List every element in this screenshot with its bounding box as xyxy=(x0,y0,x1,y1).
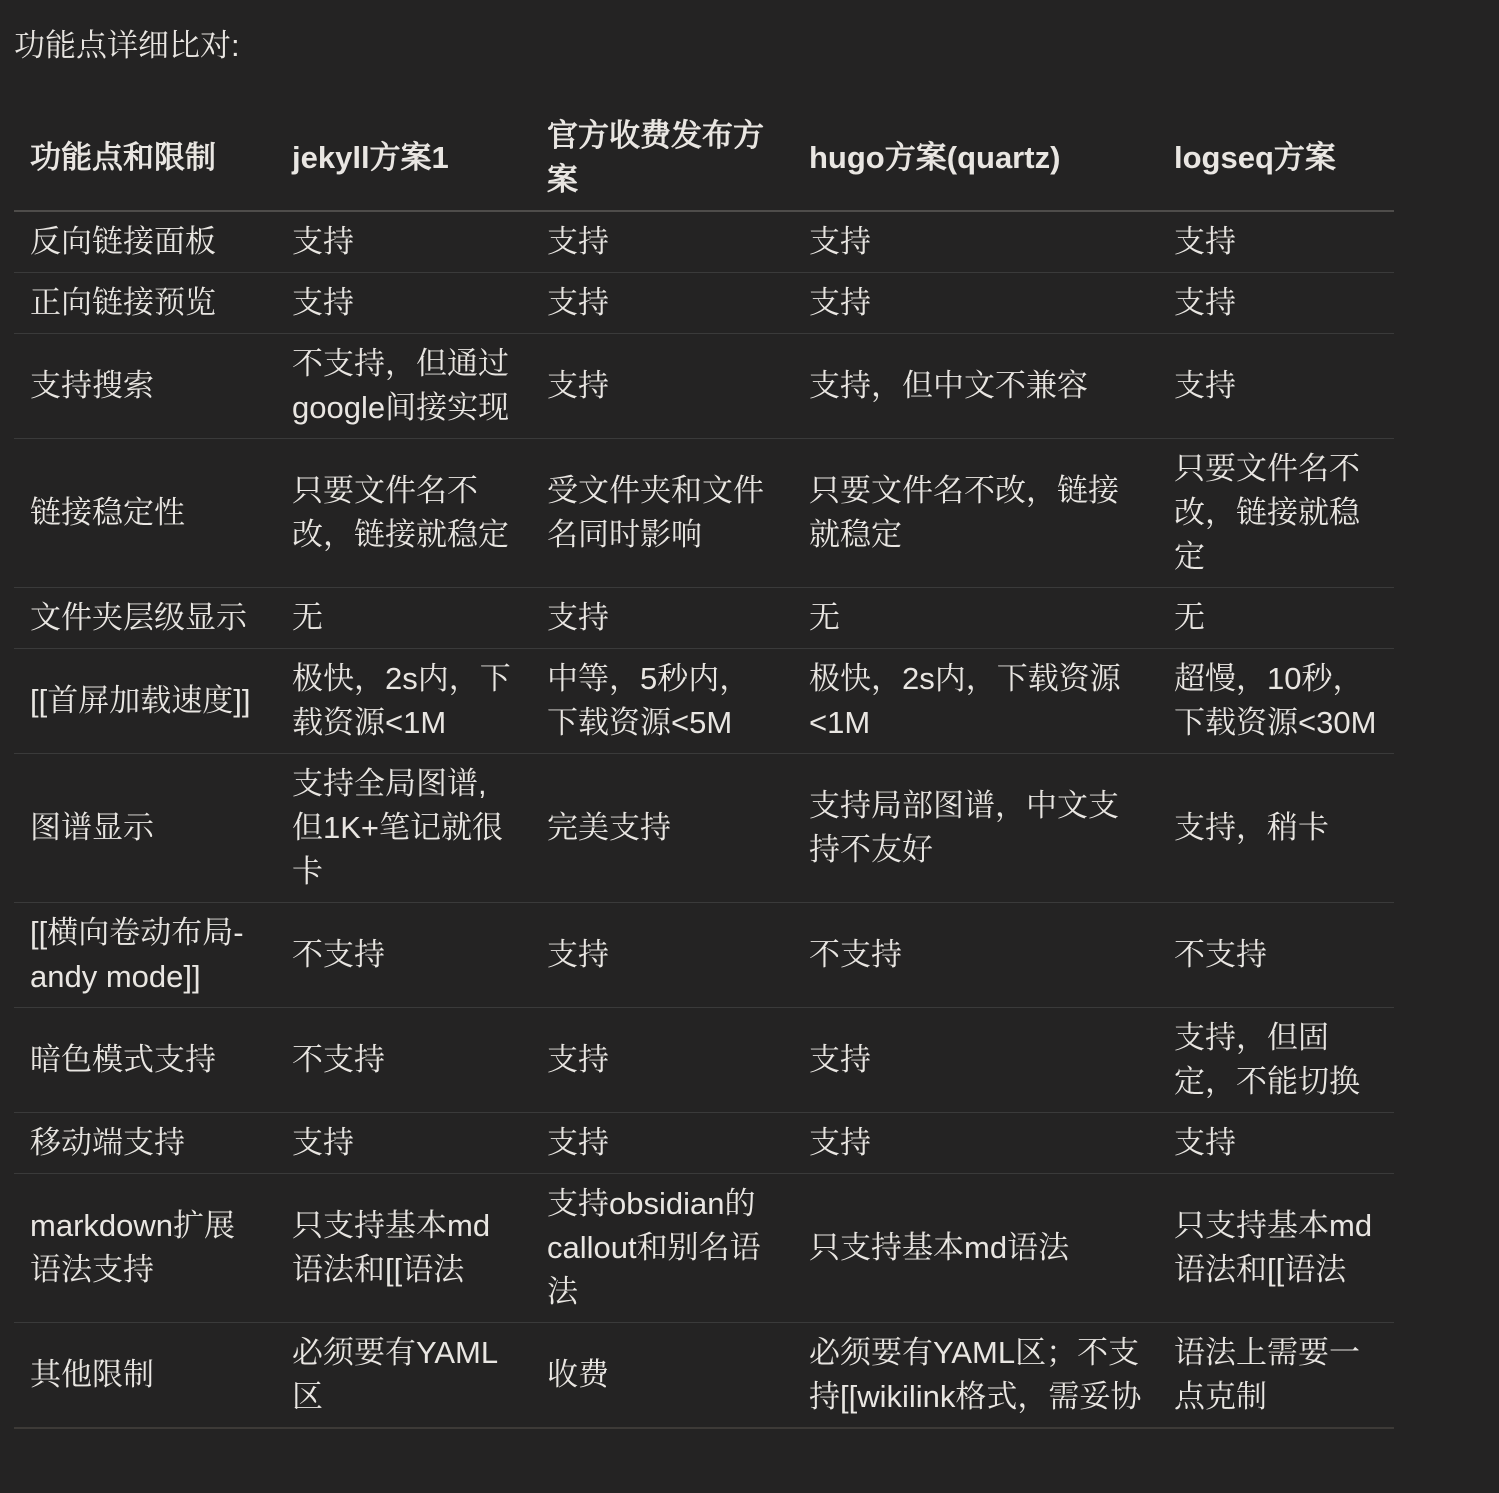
value-cell: 只支持基本md语法 xyxy=(793,1174,1158,1323)
value-cell: 语法上需要一点克制 xyxy=(1158,1323,1394,1429)
table-row: markdown扩展语法支持只支持基本md语法和[[语法支持obsidian的c… xyxy=(14,1174,1394,1323)
column-header: hugo方案(quartz) xyxy=(793,106,1158,211)
feature-cell: 其他限制 xyxy=(14,1323,276,1429)
table-row: 正向链接预览支持支持支持支持 xyxy=(14,273,1394,334)
table-row: [[首屏加载速度]]极快，2s内，下载资源<1M中等，5秒内，下载资源<5M极快… xyxy=(14,649,1394,754)
value-cell: 支持 xyxy=(276,1113,531,1174)
value-cell: 不支持 xyxy=(793,903,1158,1008)
value-cell: 只要文件名不改，链接就稳定 xyxy=(276,439,531,588)
table-row: 其他限制必须要有YAML区收费必须要有YAML区；不支持[[wikilink格式… xyxy=(14,1323,1394,1429)
value-cell: 支持，稍卡 xyxy=(1158,754,1394,903)
value-cell: 支持 xyxy=(793,273,1158,334)
feature-cell: 移动端支持 xyxy=(14,1113,276,1174)
table-head: 功能点和限制jekyll方案1官方收费发布方案hugo方案(quartz)log… xyxy=(14,106,1394,211)
comparison-table: 功能点和限制jekyll方案1官方收费发布方案hugo方案(quartz)log… xyxy=(14,106,1394,1429)
value-cell: 支持 xyxy=(531,273,793,334)
value-cell: 支持，但固定，不能切换 xyxy=(1158,1008,1394,1113)
table-row: 图谱显示支持全局图谱,但1K+笔记就很卡完美支持支持局部图谱，中文支持不友好支持… xyxy=(14,754,1394,903)
value-cell: 支持 xyxy=(531,903,793,1008)
feature-cell: 暗色模式支持 xyxy=(14,1008,276,1113)
value-cell: 中等，5秒内，下载资源<5M xyxy=(531,649,793,754)
table-header-row: 功能点和限制jekyll方案1官方收费发布方案hugo方案(quartz)log… xyxy=(14,106,1394,211)
value-cell: 支持 xyxy=(793,1113,1158,1174)
table-row: 反向链接面板支持支持支持支持 xyxy=(14,211,1394,273)
table-row: 链接稳定性只要文件名不改，链接就稳定受文件夹和文件名同时影响只要文件名不改，链接… xyxy=(14,439,1394,588)
value-cell: 不支持 xyxy=(276,1008,531,1113)
feature-cell: [[横向卷动布局-andy mode]] xyxy=(14,903,276,1008)
value-cell: 支持 xyxy=(1158,334,1394,439)
value-cell: 支持，但中文不兼容 xyxy=(793,334,1158,439)
feature-cell: 图谱显示 xyxy=(14,754,276,903)
table-row: [[横向卷动布局-andy mode]]不支持支持不支持不支持 xyxy=(14,903,1394,1008)
value-cell: 支持 xyxy=(276,273,531,334)
table-row: 文件夹层级显示无支持无无 xyxy=(14,588,1394,649)
value-cell: 超慢，10秒，下载资源<30M xyxy=(1158,649,1394,754)
value-cell: 完美支持 xyxy=(531,754,793,903)
value-cell: 支持局部图谱，中文支持不友好 xyxy=(793,754,1158,903)
value-cell: 支持 xyxy=(276,211,531,273)
feature-cell: 链接稳定性 xyxy=(14,439,276,588)
feature-cell: [[首屏加载速度]] xyxy=(14,649,276,754)
value-cell: 支持 xyxy=(531,1008,793,1113)
value-cell: 必须要有YAML区；不支持[[wikilink格式，需妥协 xyxy=(793,1323,1158,1429)
value-cell: 不支持 xyxy=(276,903,531,1008)
feature-cell: 反向链接面板 xyxy=(14,211,276,273)
value-cell: 支持 xyxy=(793,211,1158,273)
table-row: 支持搜索不支持，但通过google间接实现支持支持，但中文不兼容支持 xyxy=(14,334,1394,439)
page-title: 功能点详细比对: xyxy=(14,25,1499,67)
value-cell: 支持 xyxy=(531,211,793,273)
table-body: 反向链接面板支持支持支持支持正向链接预览支持支持支持支持支持搜索不支持，但通过g… xyxy=(14,211,1394,1428)
value-cell: 极快，2s内，下载资源<1M xyxy=(276,649,531,754)
value-cell: 极快，2s内，下载资源<1M xyxy=(793,649,1158,754)
value-cell: 只要文件名不改，链接就稳定 xyxy=(1158,439,1394,588)
value-cell: 无 xyxy=(793,588,1158,649)
table-row: 暗色模式支持不支持支持支持支持，但固定，不能切换 xyxy=(14,1008,1394,1113)
column-header: 官方收费发布方案 xyxy=(531,106,793,211)
value-cell: 受文件夹和文件名同时影响 xyxy=(531,439,793,588)
feature-cell: 支持搜索 xyxy=(14,334,276,439)
feature-cell: 文件夹层级显示 xyxy=(14,588,276,649)
value-cell: 支持 xyxy=(793,1008,1158,1113)
value-cell: 支持 xyxy=(531,588,793,649)
value-cell: 支持 xyxy=(531,334,793,439)
value-cell: 只支持基本md语法和[[语法 xyxy=(276,1174,531,1323)
value-cell: 只支持基本md语法和[[语法 xyxy=(1158,1174,1394,1323)
value-cell: 不支持，但通过google间接实现 xyxy=(276,334,531,439)
value-cell: 支持 xyxy=(1158,1113,1394,1174)
value-cell: 支持 xyxy=(531,1113,793,1174)
table-row: 移动端支持支持支持支持支持 xyxy=(14,1113,1394,1174)
value-cell: 支持全局图谱,但1K+笔记就很卡 xyxy=(276,754,531,903)
column-header: logseq方案 xyxy=(1158,106,1394,211)
value-cell: 不支持 xyxy=(1158,903,1394,1008)
value-cell: 收费 xyxy=(531,1323,793,1429)
column-header: jekyll方案1 xyxy=(276,106,531,211)
value-cell: 必须要有YAML区 xyxy=(276,1323,531,1429)
value-cell: 支持 xyxy=(1158,211,1394,273)
value-cell: 支持 xyxy=(1158,273,1394,334)
value-cell: 无 xyxy=(276,588,531,649)
column-header: 功能点和限制 xyxy=(14,106,276,211)
value-cell: 支持obsidian的callout和别名语法 xyxy=(531,1174,793,1323)
value-cell: 无 xyxy=(1158,588,1394,649)
feature-cell: 正向链接预览 xyxy=(14,273,276,334)
value-cell: 只要文件名不改，链接就稳定 xyxy=(793,439,1158,588)
feature-cell: markdown扩展语法支持 xyxy=(14,1174,276,1323)
